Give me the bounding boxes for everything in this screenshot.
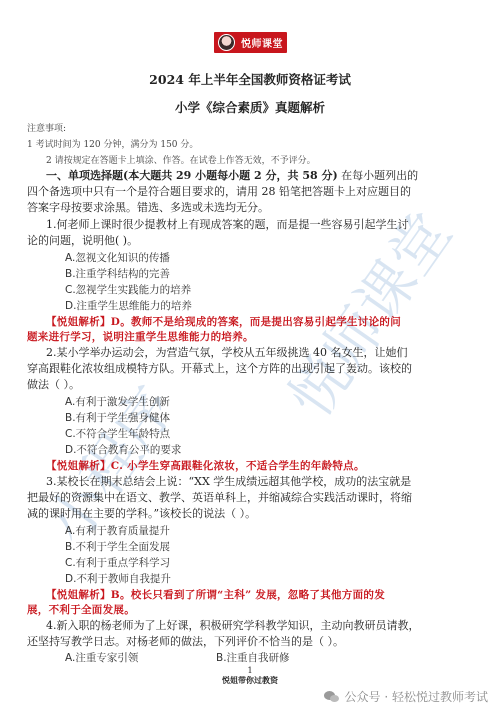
question-2-option-a: A.有利于激发学生创新 xyxy=(27,394,500,410)
question-4-option-a: A.注重专家引领 xyxy=(27,650,225,666)
section-intro: 在每小题列出的 xyxy=(338,169,419,182)
question-1-option-c: C.忽视学生实践能力的培养 xyxy=(27,282,500,298)
question-1-stem: 论的问题，说明他( )。 xyxy=(27,233,473,249)
question-2-analysis: 【悦姐解析】C. 小学生穿高跟鞋化浓妆，不适合学生的年龄特点。 xyxy=(27,458,492,474)
page-number: 1 xyxy=(0,666,500,675)
question-4-option-b: B.注重自我研修 xyxy=(216,650,376,666)
brand-logo: 悦师课堂 xyxy=(214,32,287,53)
note-item: 2 请按规定在答题卡上填涂、作答。在试卷上作答无效，不予评分。 xyxy=(27,153,492,169)
wechat-account-name: 公众号 · 轻松悦过教师考试 xyxy=(345,688,488,705)
question-4-stem: 4.新入职的杨老师为了上好课，积极研究学科教学知识，主动向教研员请教， xyxy=(27,618,492,634)
section-intro: 答案字母按要求涂黑。错选、多选或未选均无分。 xyxy=(27,200,473,216)
question-2-option-c: C.不符合学生年龄特点 xyxy=(27,426,500,442)
question-1-option-a: A.忽视文化知识的传播 xyxy=(27,250,500,266)
question-4-stem: 还坚持写教学日志。对杨老师的做法，下列评价不恰当的是（ ）。 xyxy=(27,634,473,650)
question-1-option-d: D.注重学生思维能力的培养 xyxy=(27,298,500,314)
document-title: 2024 年上半年全国教师资格证考试 xyxy=(0,70,500,88)
footer-slogan: 悦姐带你过教资 xyxy=(0,675,500,686)
wechat-icon xyxy=(324,691,340,703)
question-1-analysis: 【悦姐解析】D。教师不是给现成的答案，而是提出容易引起学生讨论的问 xyxy=(27,314,492,330)
section-heading: 一、单项选择题(本大题共 29 小题每小题 2 分，共 58 分) xyxy=(46,169,338,182)
question-2-stem: 2.某小学举办运动会，为营造气氛，学校从五年级挑选 40 名女生，让她们 xyxy=(27,345,492,361)
question-3-stem: 3.某校长在期末总结会上说：“XX 学生成绩远超其他学校，成功的法宝就是 xyxy=(27,474,492,490)
section-heading-line: 一、单项选择题(本大题共 29 小题每小题 2 分，共 58 分) 在每小题列出… xyxy=(27,168,492,184)
question-2-stem: 做法（ ）。 xyxy=(27,377,473,393)
question-1-stem: 1.何老师上课时很少提教材上有现成答案的题，而是提一些容易引起学生讨 xyxy=(27,217,492,233)
question-1-analysis: 题来进行学习，说明注重学生思维能力的培养。 xyxy=(27,329,473,345)
question-2-option-b: B.有利于学生强身健体 xyxy=(27,410,500,426)
note-item: 1 考试时间为 120 分钟，满分为 150 分。 xyxy=(27,137,473,153)
question-3-stem: 减的课时用在主要的学科。”该校长的说法（ ）。 xyxy=(27,506,473,522)
question-2-option-d: D.不符合教育公平的要求 xyxy=(27,442,500,458)
question-3-option-b: B.不利于学生全面发展 xyxy=(27,539,500,555)
brand-name: 悦师课堂 xyxy=(241,35,283,50)
question-3-option-d: D.不利于教师自我提升 xyxy=(27,571,500,587)
question-3-analysis: 【悦姐解析】B。校长只看到了所谓“主科” 发展，忽略了其他方面的发 xyxy=(27,587,492,603)
avatar-icon xyxy=(218,34,235,51)
wechat-attribution: 公众号 · 轻松悦过教师考试 xyxy=(324,688,488,705)
question-1-option-b: B.注重学科结构的完善 xyxy=(27,266,500,282)
document-subtitle: 小学《综合素质》真题解析 xyxy=(0,98,500,116)
question-2-stem: 穿高跟鞋化浓妆组成模特方队。开幕式上，这个方阵的出现引起了轰动。该校的 xyxy=(27,361,473,377)
question-3-stem: 把最好的资源集中在语文、教学、英语单科上，并缩减综合实践活动课时，将缩 xyxy=(27,490,473,506)
question-3-analysis: 展，不利于全面发展。 xyxy=(27,602,473,618)
notes-heading: 注意事项: xyxy=(27,121,473,137)
section-intro: 四个备选项中只有一个是符合题目要求的，请用 28 铅笔把答题卡上对应题目的 xyxy=(27,184,473,200)
question-3-option-c: C.有利于重点学科学习 xyxy=(27,555,500,571)
question-3-option-a: A.有利于教育质量提升 xyxy=(27,523,500,539)
